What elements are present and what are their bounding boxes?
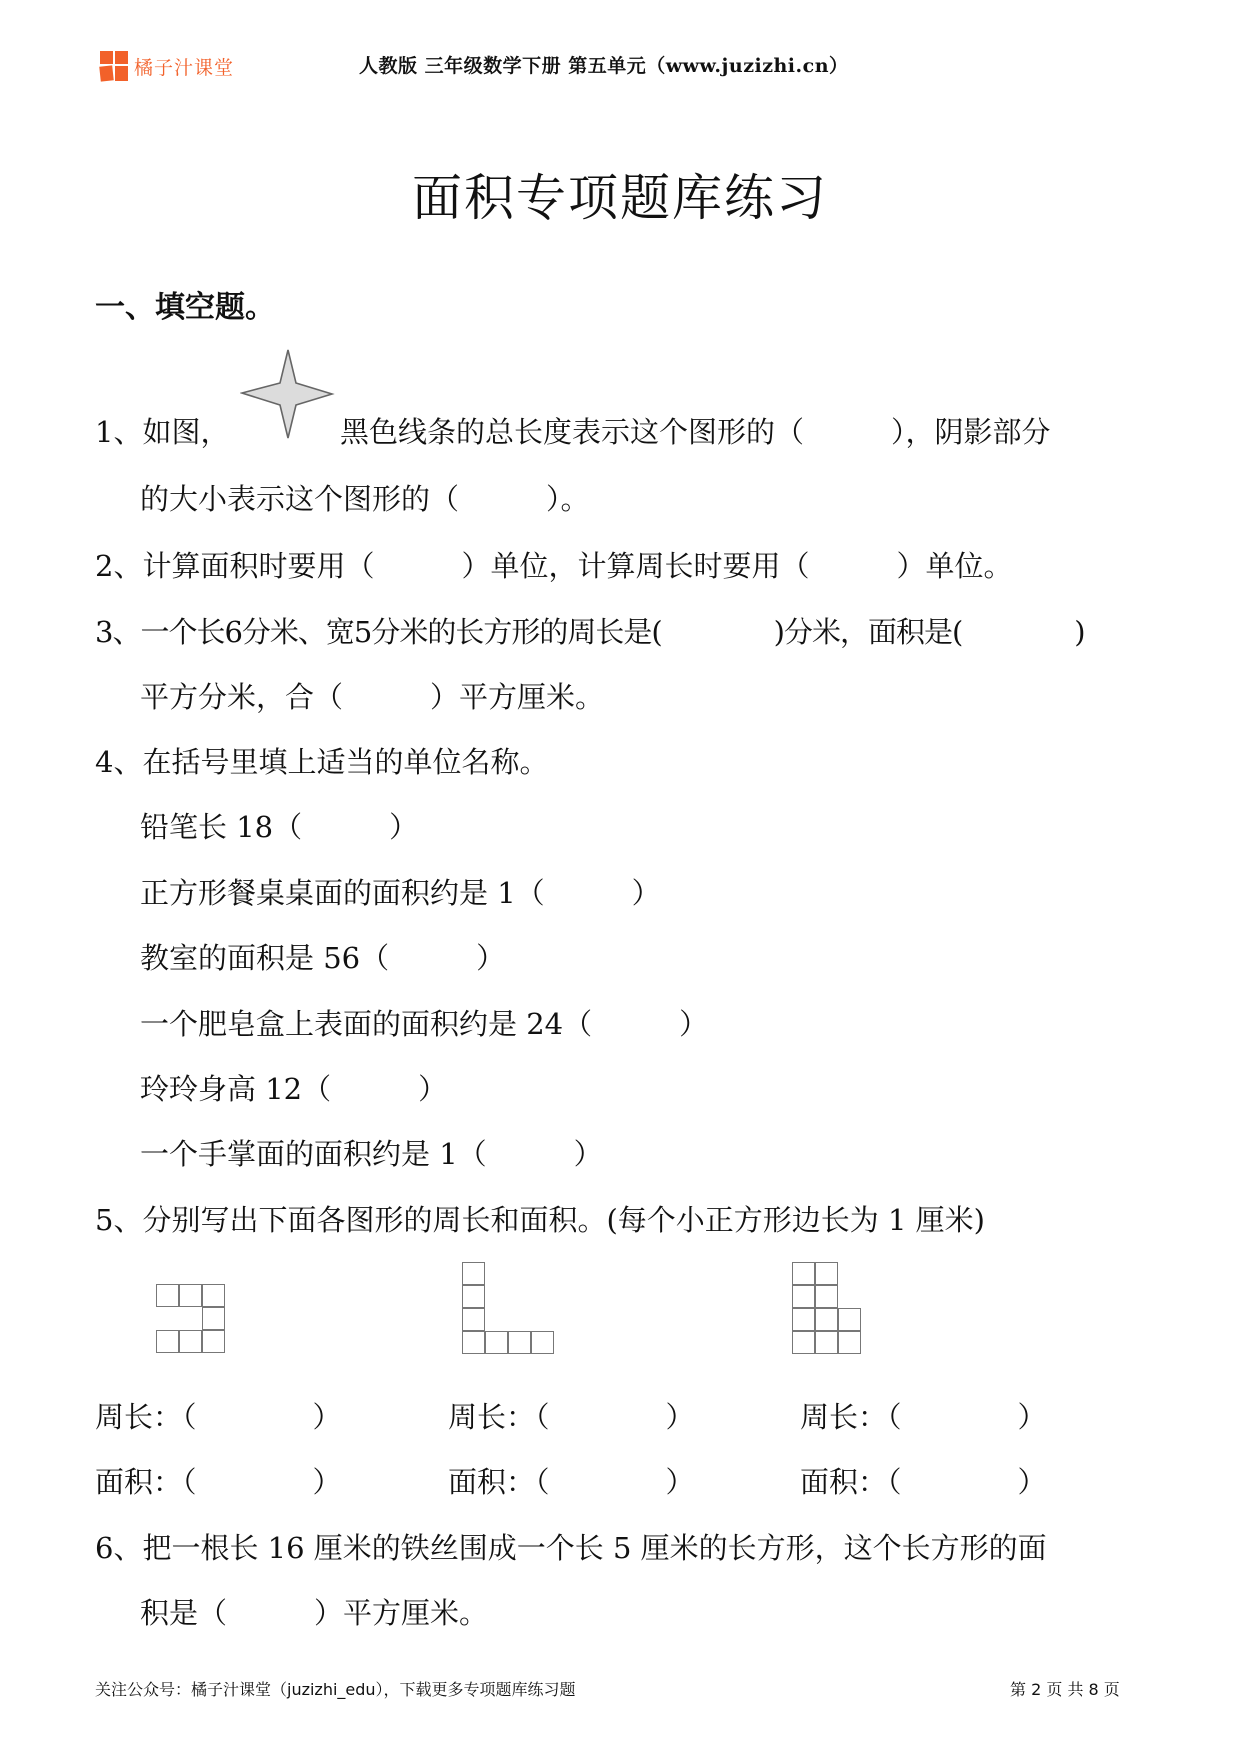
page-title: 面积专项题库练习	[0, 158, 1240, 230]
q4-item: 一个手掌面的面积约是 1（ ）	[140, 1136, 603, 1172]
figure-3-area: 面积：（ ）	[800, 1464, 1047, 1500]
logo-text: 橘子汁课堂	[134, 53, 234, 80]
figure-2-perimeter: 周长：（ ）	[448, 1399, 695, 1435]
figure-1-area: 面积：（ ）	[95, 1464, 342, 1500]
header-subtitle: 人教版 三年级数学下册 第五单元（www.juzizhi.cn）	[359, 51, 849, 78]
q6-line2: 积是（ ）平方厘米。	[140, 1595, 488, 1631]
four-point-star-icon	[240, 348, 336, 446]
q1-line1-suffix: 黑色线条的总长度表示这个图形的（ ），阴影部分	[340, 414, 1051, 450]
q3-line1: 3、一个长6分米、宽5分米的长方形的周长是( )分米，面积是( )	[95, 614, 1085, 650]
section-heading: 一、填空题。	[95, 282, 275, 326]
q4-item: 玲玲身高 12（ ）	[140, 1071, 447, 1107]
footer-note: 关注公众号：橘子汁课堂（juzizhi_edu），下载更多专项题库练习题	[95, 1677, 576, 1700]
figure-3-perimeter: 周长：（ ）	[800, 1399, 1047, 1435]
logo-mark-icon	[100, 51, 130, 81]
q1-line2: 的大小表示这个图形的（ ）。	[140, 481, 590, 517]
figure-2-area: 面积：（ ）	[448, 1464, 695, 1500]
figure-1-perimeter: 周长：（ ）	[95, 1399, 342, 1435]
page-number: 第 2 页 共 8 页	[1010, 1677, 1120, 1700]
q5-line1: 5、分别写出下面各图形的周长和面积。(每个小正方形边长为 1 厘米)	[95, 1202, 985, 1238]
q3-line2: 平方分米，合（ ）平方厘米。	[140, 679, 604, 715]
q4-line1: 4、在括号里填上适当的单位名称。	[95, 744, 548, 780]
q6-line1: 6、把一根长 16 厘米的铁丝围成一个长 5 厘米的长方形，这个长方形的面	[95, 1530, 1047, 1566]
q4-item: 教室的面积是 56（ ）	[140, 940, 505, 976]
q4-item: 正方形餐桌桌面的面积约是 1（ ）	[140, 875, 661, 911]
brand-logo: 橘子汁课堂	[100, 50, 234, 82]
q1-line1-prefix: 1、如图，	[95, 414, 229, 450]
q2-line1: 2、计算面积时要用（ ）单位，计算周长时要用（ ）单位。	[95, 548, 1012, 584]
q4-item: 铅笔长 18（ ）	[140, 809, 418, 845]
q4-item: 一个肥皂盒上表面的面积约是 24（ ）	[140, 1006, 708, 1042]
